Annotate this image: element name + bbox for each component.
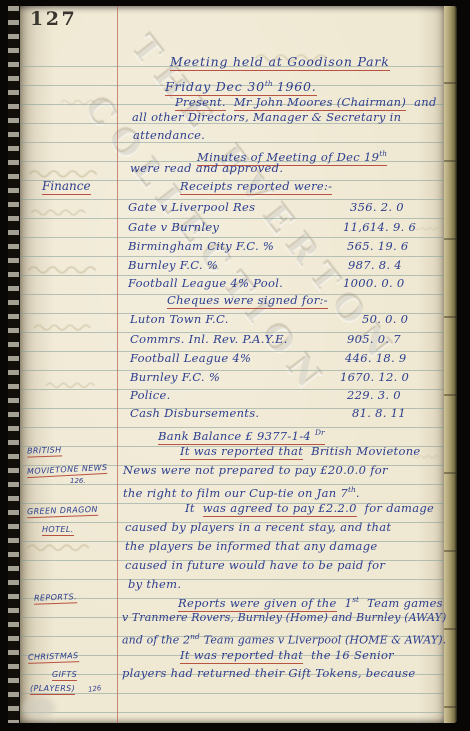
paper-smudge [22, 698, 56, 717]
cheque-amount: 229. 3. 0 [347, 387, 401, 404]
movietone-line1-underlined: It was reported that [180, 444, 303, 460]
bank-balance-text: Bank Balance £ 9377-1-4 [158, 429, 311, 443]
green-dragon-line1-rest: for damage [365, 501, 434, 515]
margin-note-players: (PLAYERS) [30, 683, 75, 694]
green-dragon-line4: caused in future would have to be paid f… [125, 557, 385, 574]
receipt-row: Gate v Liverpool Res 356. 2. 0 [128, 199, 255, 216]
reports-line3-ordinal: nd [190, 632, 200, 641]
margin-note-green-dragon: GREEN DRAGON [27, 504, 98, 517]
meeting-date-text: Friday Dec 30 [165, 79, 265, 94]
receipt-row: Birmingham City F.C. % 565. 19. 6 [128, 238, 274, 255]
cheque-row: Cash Disbursements. 81. 8. 11 [130, 405, 259, 422]
reports-line1-ordinal: st [352, 595, 359, 604]
movietone-line2: News were not prepared to pay £20.0.0 fo… [123, 462, 388, 479]
christmas-line1: It was reported that the 16 Senior [180, 647, 394, 664]
movietone-line1-rest: British Movietone [311, 444, 420, 458]
movietone-line3-text: the right to film our Cup-tie on Jan 7 [123, 486, 348, 500]
cheque-item: Burnley F.C. % [130, 370, 220, 384]
reports-line2: v Tranmere Rovers, Burnley (Home) and Bu… [122, 609, 446, 626]
reports-line3-rest: Team games v Liverpool (HOME & AWAY). [204, 634, 446, 647]
cheque-amount: 50. 0. 0 [362, 311, 408, 328]
receipt-amount: 1000. 0. 0 [343, 275, 405, 292]
receipt-item: Football League 4% Pool. [128, 276, 283, 290]
minute-book-photo: THE EVERTON COLLECTION 127 Meeting held … [0, 0, 470, 731]
movietone-line3-ordinal: th [348, 485, 356, 494]
margin-note-reports-text: REPORTS. [34, 592, 77, 604]
margin-note-reports: REPORTS. [34, 591, 77, 603]
christmas-line1-rest: the 16 Senior [311, 648, 394, 662]
meeting-venue-line: Meeting held at Goodison Park [170, 53, 390, 70]
cheque-row: Burnley F.C. % 1670. 12. 0 [130, 369, 220, 386]
receipts-heading-text: Receipts reported were:- [180, 179, 332, 195]
bank-balance-line: Bank Balance £ 9377-1-4 Dr [158, 424, 325, 441]
receipt-item: Gate v Liverpool Res [128, 200, 255, 214]
reports-line1: Reports were given of the 1st Team games [178, 591, 443, 608]
reports-line1-rest: Team games [367, 596, 443, 610]
cheque-amount: 1670. 12. 0 [340, 369, 409, 386]
green-dragon-line1-underlined: was agreed to pay £2.2.0 [203, 501, 357, 517]
meeting-date-year: 1960. [277, 79, 317, 94]
cheque-amount: 446. 18. 9 [345, 350, 407, 367]
margin-note-gifts-text: GIFTS [52, 670, 77, 681]
receipt-row: Gate v Burnley 11,614. 9. 6 [128, 219, 219, 236]
margin-note-christmas-text: CHRISTMAS [28, 651, 79, 664]
cheque-amount: 905. 0. 7 [347, 331, 401, 348]
cheque-item: Cash Disbursements. [130, 406, 259, 420]
green-dragon-line5: by them. [128, 576, 181, 593]
receipt-amount: 987. 8. 4 [348, 257, 402, 274]
red-margin-line [117, 6, 118, 723]
receipt-row: Burnley F.C. % 987. 8. 4 [128, 257, 218, 274]
attendees-line2: attendance. [133, 127, 205, 144]
movietone-line3-end: . [356, 486, 360, 500]
margin-note-british: BRITISH [27, 444, 62, 456]
receipt-item: Birmingham City F.C. % [128, 239, 274, 253]
margin-note-christmas: CHRISTMAS [28, 650, 79, 663]
receipt-amount: 356. 2. 0 [350, 199, 404, 216]
margin-note-hotel-text: HOTEL. [42, 525, 74, 536]
reports-line3-pre: and of the 2 [122, 634, 190, 647]
receipt-item: Burnley F.C. % [128, 258, 218, 272]
cheque-row: Luton Town F.C. 50. 0. 0 [130, 311, 229, 328]
receipt-row: Football League 4% Pool. 1000. 0. 0 [128, 275, 283, 292]
meeting-date-ordinal: th [265, 79, 273, 88]
margin-note-gifts: GIFTS [52, 669, 77, 680]
receipt-amount: 565. 19. 6 [347, 238, 409, 255]
cheque-item: Football League 4% [130, 351, 251, 365]
minutes-heading-ordinal: th [379, 149, 387, 158]
meeting-date-line: Friday Dec 30th1960. [165, 75, 317, 92]
margin-note-british-text: BRITISH [27, 445, 62, 457]
cheque-item: Luton Town F.C. [130, 312, 229, 326]
receipts-heading: Receipts reported were:- [180, 178, 332, 195]
christmas-line2: players had returned their Gift Tokens, … [122, 665, 415, 682]
reports-line3: and of the 2ndTeam games v Liverpool (HO… [122, 628, 446, 645]
cheque-amount: 81. 8. 11 [352, 405, 406, 422]
page-number: 127 [30, 8, 77, 30]
cheques-heading: Cheques were signed for:- [167, 292, 328, 309]
margin-ref-number: 126. [70, 477, 86, 485]
cheque-item: Commrs. Inl. Rev. P.A.Y.E. [130, 332, 288, 346]
receipt-amount: 11,614. 9. 6 [343, 219, 416, 236]
receipt-item: Gate v Burnley [128, 220, 219, 234]
green-dragon-line1: It was agreed to pay £2.2.0 for damage [185, 500, 434, 517]
margin-note-finance-text: Finance [42, 179, 91, 195]
cheque-row: Football League 4% 446. 18. 9 [130, 350, 251, 367]
cheque-row: Commrs. Inl. Rev. P.A.Y.E. 905. 0. 7 [130, 331, 288, 348]
attendees-line1: all other Directors, Manager & Secretary… [132, 109, 401, 126]
cheque-item: Police. [130, 388, 171, 402]
christmas-line1-underlined: It was reported that [180, 648, 303, 664]
movietone-line1: It was reported that British Movietone [180, 443, 421, 460]
movietone-line3: the right to film our Cup-tie on Jan 7th… [123, 481, 360, 498]
bank-balance-dr: Dr [315, 428, 325, 437]
present-tail: and [414, 95, 437, 109]
margin-note-hotel: HOTEL. [42, 524, 74, 535]
margin-note-finance: Finance [42, 179, 91, 193]
cheques-heading-text: Cheques were signed for:- [167, 293, 328, 309]
green-dragon-line1-pre: It [185, 501, 195, 515]
green-dragon-line2: caused by players in a recent stay, and … [125, 519, 391, 536]
binding-stitching [8, 6, 19, 723]
margin-note-players-text: (PLAYERS) [30, 684, 75, 695]
cheque-row: Police. 229. 3. 0 [130, 387, 171, 404]
green-dragon-line3: the players be informed that any damage [125, 538, 377, 555]
meeting-venue-text: Meeting held at Goodison Park [170, 54, 390, 71]
minutes-approved-line: were read and approved. [130, 160, 283, 177]
